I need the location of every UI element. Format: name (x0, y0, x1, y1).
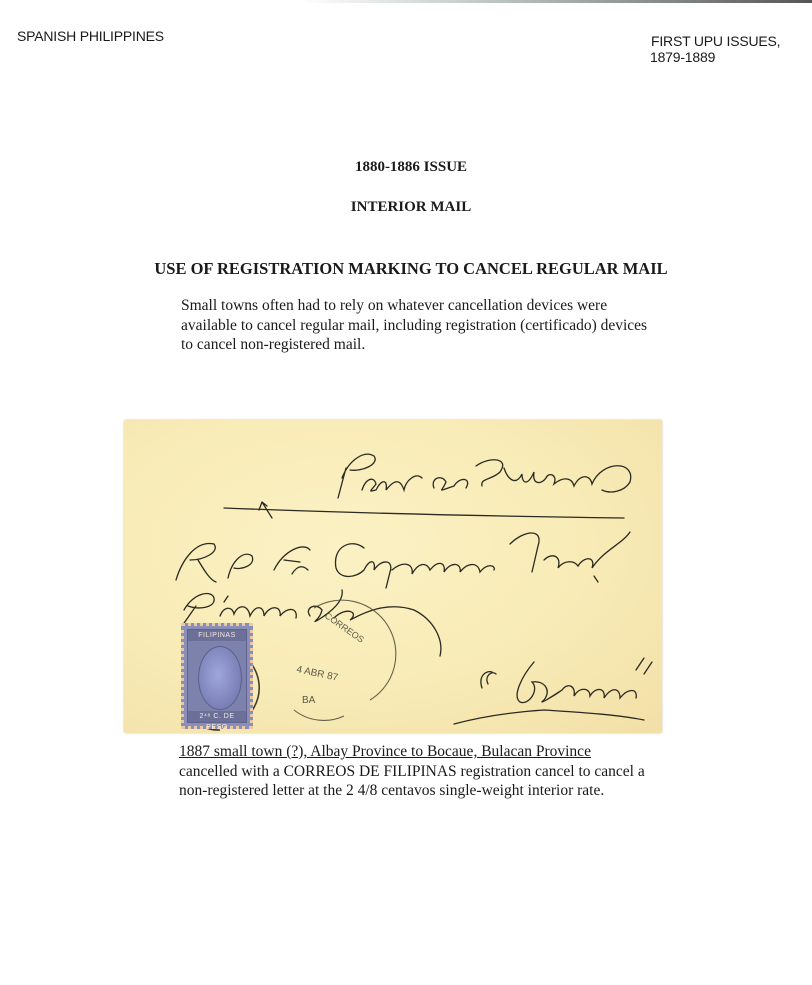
cover-caption: 1887 small town (?), Albay Province to B… (179, 742, 649, 801)
stamp-portrait (198, 646, 242, 710)
stamp-bottom-text: 2⁴⁸ C. DE PESO (188, 711, 246, 722)
scan-shadow (300, 0, 812, 3)
cover-image: CORREOS 4 ABR 87 BA FILIPINAS 2⁴⁸ C. DE … (124, 420, 662, 733)
postmark-bottom-text: BA (302, 695, 316, 706)
postage-stamp: FILIPINAS 2⁴⁸ C. DE PESO (181, 623, 253, 729)
subject-title: USE OF REGISTRATION MARKING TO CANCEL RE… (5, 259, 812, 279)
issue-title: 1880-1886 ISSUE (5, 159, 812, 176)
intro-paragraph: Small towns often had to rely on whateve… (181, 296, 651, 355)
page-header-right: FIRST UPU ISSUES, 1879-1889 (651, 33, 780, 65)
page-header-left: SPANISH PHILIPPINES (17, 28, 164, 44)
stamp-design: FILIPINAS 2⁴⁸ C. DE PESO (187, 629, 247, 723)
stamp-top-text: FILIPINAS (188, 630, 246, 641)
caption-headline: 1887 small town (?), Albay Province to B… (179, 743, 591, 760)
category-title: INTERIOR MAIL (5, 199, 812, 216)
header-right-line1: FIRST UPU ISSUES, (651, 33, 780, 49)
header-right-line2: 1879-1889 (650, 49, 780, 65)
postmark-date: 4 ABR 87 (295, 664, 339, 684)
caption-body: cancelled with a CORREOS DE FILIPINAS re… (179, 763, 645, 800)
